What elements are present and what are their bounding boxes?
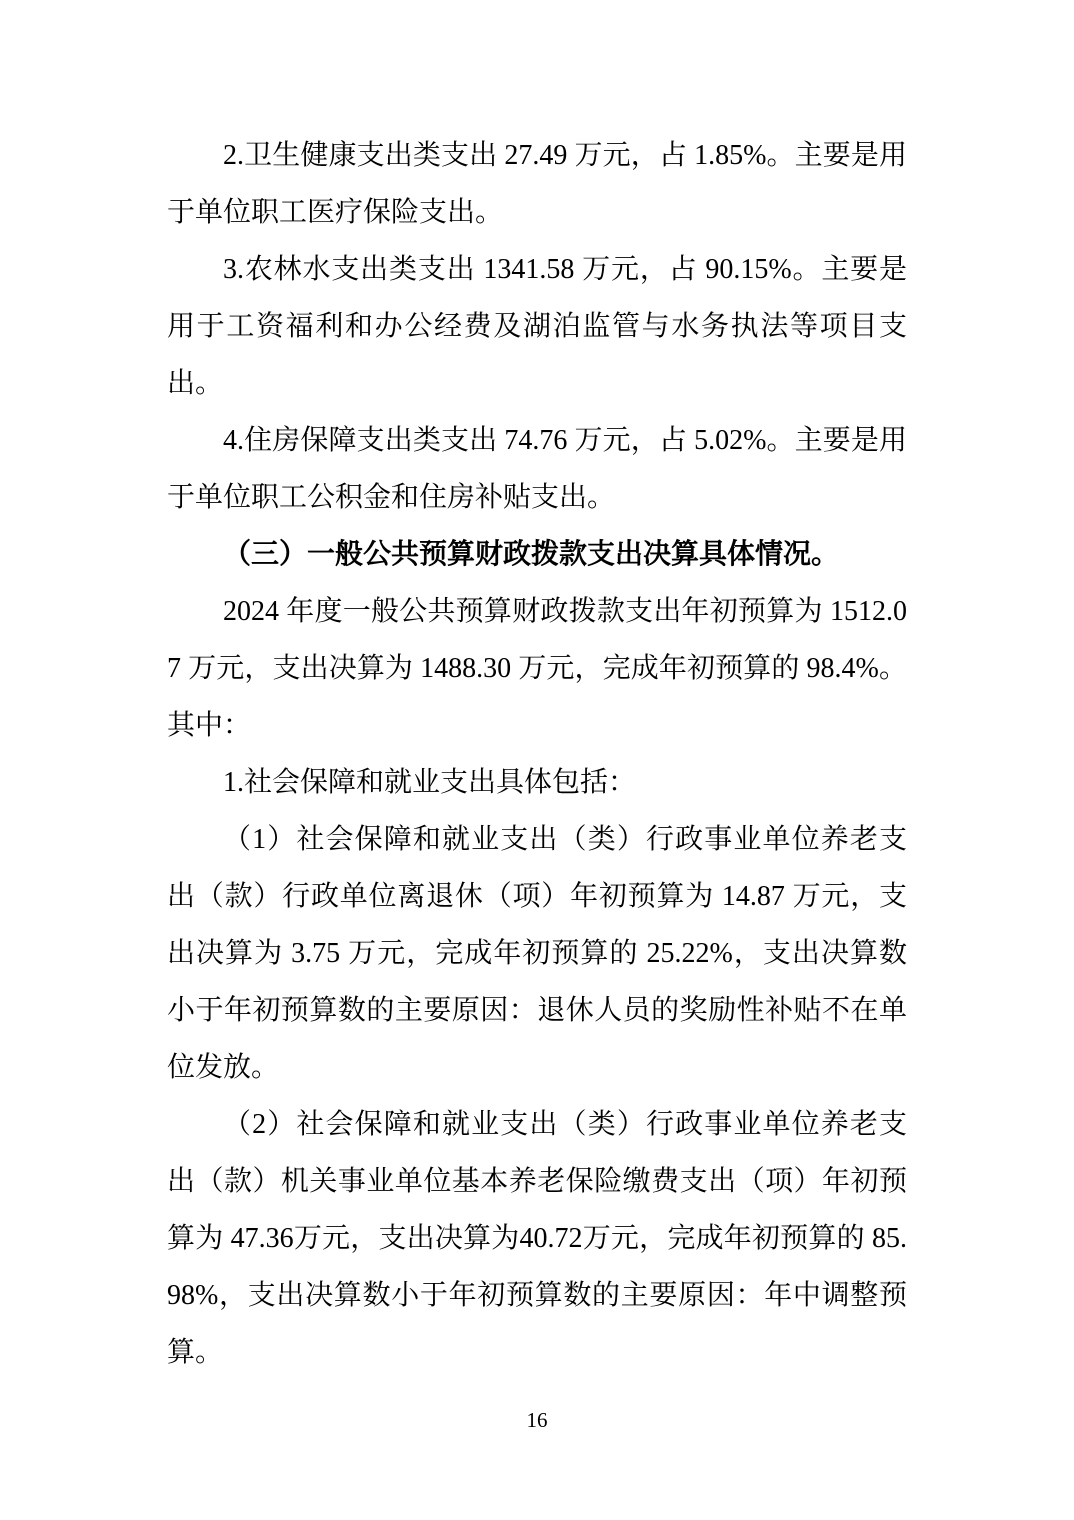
page-number: 16 bbox=[0, 1405, 1074, 1435]
paragraph-2024-budget-summary: 2024 年度一般公共预算财政拨款支出年初预算为 1512.07 万元，支出决算… bbox=[167, 583, 907, 754]
paragraph-housing-expenditure: 4.住房保障支出类支出 74.76 万元，占 5.02%。主要是用于单位职工公积… bbox=[167, 412, 907, 526]
paragraph-social-security-item-1: （1）社会保障和就业支出（类）行政事业单位养老支出（款）行政单位离退休（项）年初… bbox=[167, 811, 907, 1096]
document-body: 2.卫生健康支出类支出 27.49 万元，占 1.85%。主要是用于单位职工医疗… bbox=[167, 127, 907, 1381]
paragraph-social-security-item-2: （2）社会保障和就业支出（类）行政事业单位养老支出（款）机关事业单位基本养老保险… bbox=[167, 1096, 907, 1381]
document-page: 2.卫生健康支出类支出 27.49 万元，占 1.85%。主要是用于单位职工医疗… bbox=[0, 0, 1074, 1520]
section-heading-budget-expenditure-details: （三）一般公共预算财政拨款支出决算具体情况。 bbox=[167, 526, 907, 583]
paragraph-social-security-intro: 1.社会保障和就业支出具体包括： bbox=[167, 754, 907, 811]
paragraph-agriculture-water-expenditure: 3.农林水支出类支出 1341.58 万元，占 90.15%。主要是用于工资福利… bbox=[167, 241, 907, 412]
paragraph-health-expenditure: 2.卫生健康支出类支出 27.49 万元，占 1.85%。主要是用于单位职工医疗… bbox=[167, 127, 907, 241]
